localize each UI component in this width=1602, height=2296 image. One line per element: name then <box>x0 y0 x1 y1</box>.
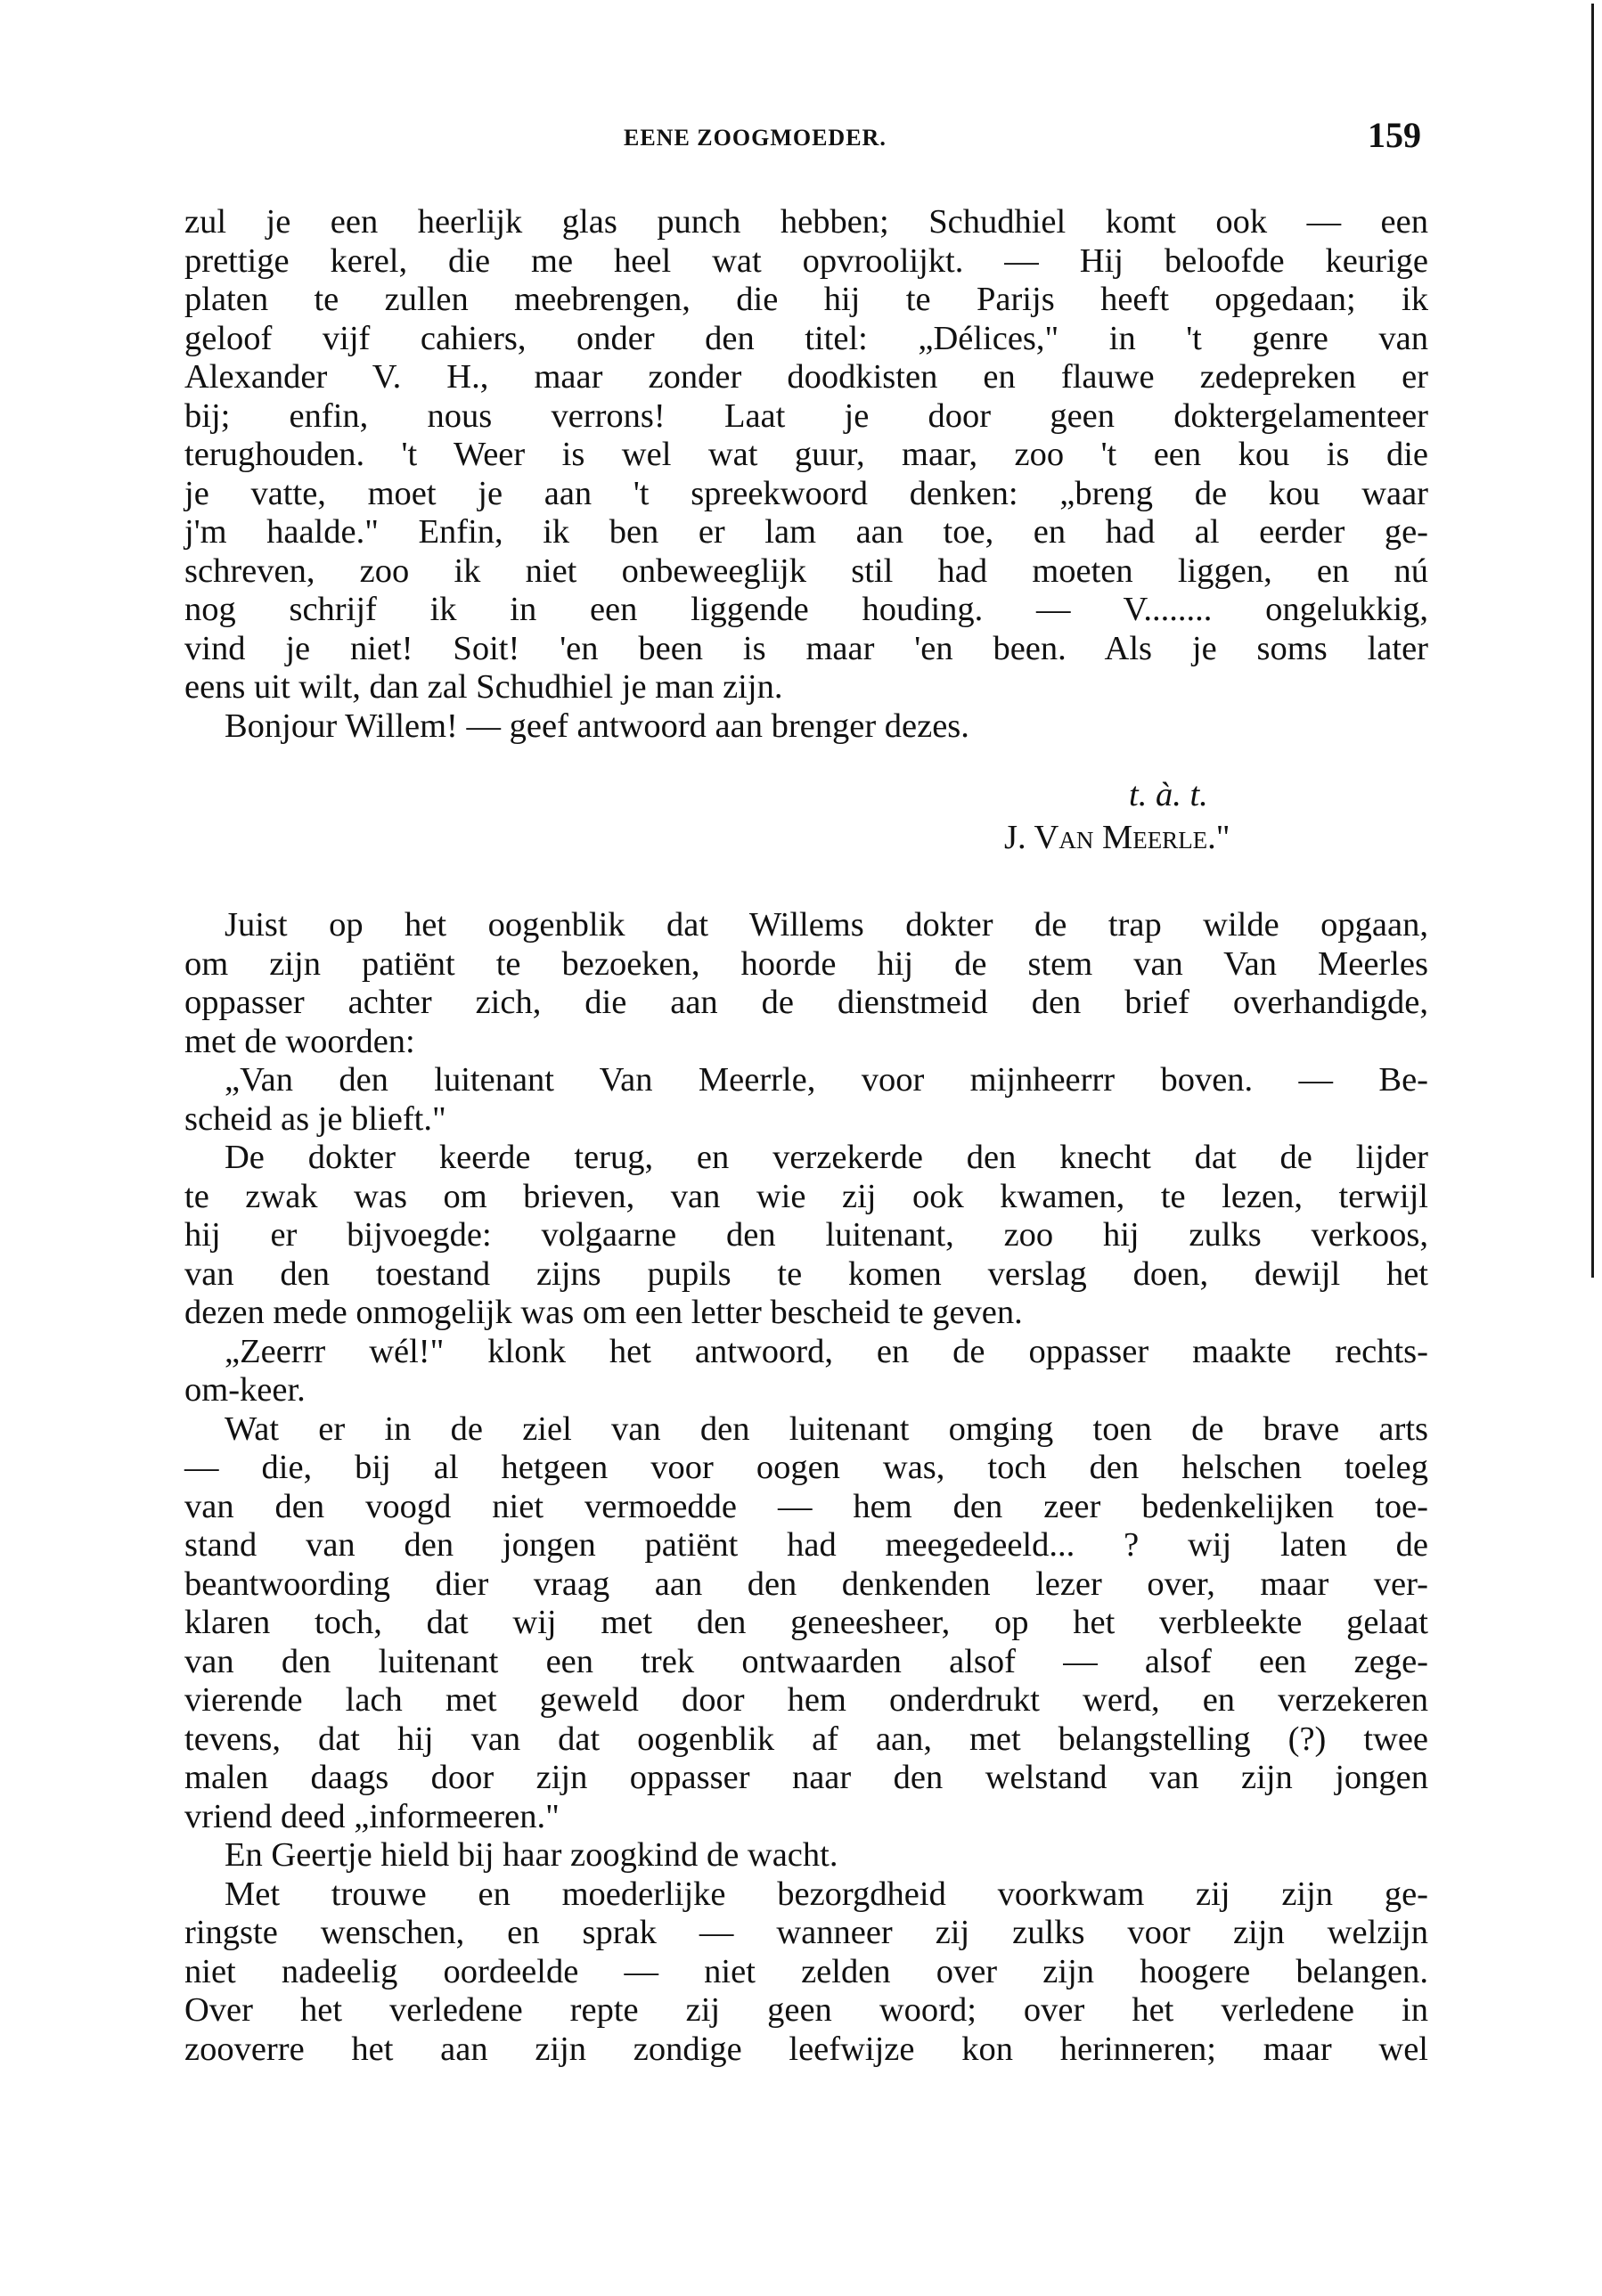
text-line: zooverre het aan zijn zondige leefwijze … <box>184 2030 1428 2070</box>
running-header: EENE ZOOGMOEDER. <box>624 125 887 151</box>
text-line: stand van den jongen patiënt had meegede… <box>184 1526 1428 1565</box>
text-line: j'm haalde." Enfin, ik ben er lam aan to… <box>184 513 1428 552</box>
text-line: Juist op het oogenblik dat Willems dokte… <box>184 906 1428 945</box>
text-line: prettige kerel, die me heel wat opvrooli… <box>184 242 1428 282</box>
text-line: niet nadeelig oordeelde — niet zelden ov… <box>184 1953 1428 1992</box>
text-line: Wat er in de ziel van den luitenant omgi… <box>184 1410 1428 1450</box>
book-page: EENE ZOOGMOEDER. 159 zul je een heerlijk… <box>0 0 1602 2296</box>
text-line: Over het verledene repte zij geen woord;… <box>184 1991 1428 2030</box>
letter-closing: t. à. t. <box>184 776 1428 819</box>
text-line: dezen mede onmogelijk was om een letter … <box>184 1294 1428 1333</box>
text-line: om zijn patiënt te bezoeken, hoorde hij … <box>184 945 1428 985</box>
text-line: Alexander V. H., maar zonder doodkisten … <box>184 358 1428 397</box>
text-line: je vatte, moet je aan 't spreekwoord den… <box>184 475 1428 514</box>
text-line: te zwak was om brieven, van wie zij ook … <box>184 1178 1428 1217</box>
text-line: De dokter keerde terug, en verzekerde de… <box>184 1139 1428 1178</box>
text-line: nog schrijf ik in een liggende houding. … <box>184 591 1428 630</box>
text-line: „Van den luitenant Van Meerrle, voor mij… <box>184 1061 1428 1100</box>
text-line: beantwoording dier vraag aan den denkend… <box>184 1565 1428 1605</box>
letter-signature: J. Van Meerle." <box>184 819 1428 862</box>
text-line: malen daags door zijn oppasser naar den … <box>184 1759 1428 1798</box>
text-line: om-keer. <box>184 1371 1428 1410</box>
page-number: 159 <box>1368 114 1421 156</box>
page-edge-rule <box>1591 4 1594 1278</box>
text-line: terughouden. 't Weer is wel wat guur, ma… <box>184 436 1428 475</box>
text-line: klaren toch, dat wij met den geneesheer,… <box>184 1604 1428 1643</box>
letter-text: zul je een heerlijk glas punch hebben; S… <box>184 203 1428 746</box>
paragraph: „Zeerrr wél!" klonk het antwoord, en de … <box>184 1333 1428 1410</box>
paragraph: Wat er in de ziel van den luitenant omgi… <box>184 1410 1428 1837</box>
text-line: ringste wenschen, en sprak — wanneer zij… <box>184 1914 1428 1953</box>
text-line: tevens, dat hij van dat oogenblik af aan… <box>184 1720 1428 1760</box>
paragraph: Juist op het oogenblik dat Willems dokte… <box>184 906 1428 1061</box>
paragraph: „Van den luitenant Van Meerrle, voor mij… <box>184 1061 1428 1139</box>
paragraph: En Geertje hield bij haar zoogkind de wa… <box>184 1836 1428 1875</box>
text-line: — die, bij al hetgeen voor oogen was, to… <box>184 1449 1428 1488</box>
text-line: vind je niet! Soit! 'en been is maar 'en… <box>184 630 1428 669</box>
text-line: vierende lach met geweld door hem onderd… <box>184 1681 1428 1720</box>
text-line: vriend deed „informeeren." <box>184 1798 1428 1837</box>
paragraph: De dokter keerde terug, en verzekerde de… <box>184 1139 1428 1333</box>
text-line: hij er bijvoegde: volgaarne den luitenan… <box>184 1216 1428 1255</box>
text-line: „Zeerrr wél!" klonk het antwoord, en de … <box>184 1333 1428 1372</box>
text-line: schreven, zoo ik niet onbeweeglijk stil … <box>184 552 1428 592</box>
text-line: van den voogd niet vermoedde — hem den z… <box>184 1488 1428 1527</box>
text-line: van den toestand zijns pupils te komen v… <box>184 1255 1428 1295</box>
text-line: eens uit wilt, dan zal Schudhiel je man … <box>184 668 1428 707</box>
text-line: met de woorden: <box>184 1023 1428 1062</box>
text-line: platen te zullen meebrengen, die hij te … <box>184 281 1428 320</box>
page-body: zul je een heerlijk glas punch hebben; S… <box>184 203 1428 2069</box>
text-line: scheid as je blieft." <box>184 1100 1428 1140</box>
text-line: geloof vijf cahiers, onder den titel: „D… <box>184 320 1428 359</box>
text-line: Met trouwe en moederlijke bezorgdheid vo… <box>184 1875 1428 1915</box>
text-line: En Geertje hield bij haar zoogkind de wa… <box>184 1836 1428 1875</box>
text-line: oppasser achter zich, die aan de dienstm… <box>184 984 1428 1023</box>
text-line: van den luitenant een trek ontwaarden al… <box>184 1643 1428 1682</box>
text-line: bij; enfin, nous verrons! Laat je door g… <box>184 397 1428 437</box>
text-line: Bonjour Willem! — geef antwoord aan bren… <box>184 707 1428 747</box>
text-line: zul je een heerlijk glas punch hebben; S… <box>184 203 1428 242</box>
paragraph: Met trouwe en moederlijke bezorgdheid vo… <box>184 1875 1428 2070</box>
